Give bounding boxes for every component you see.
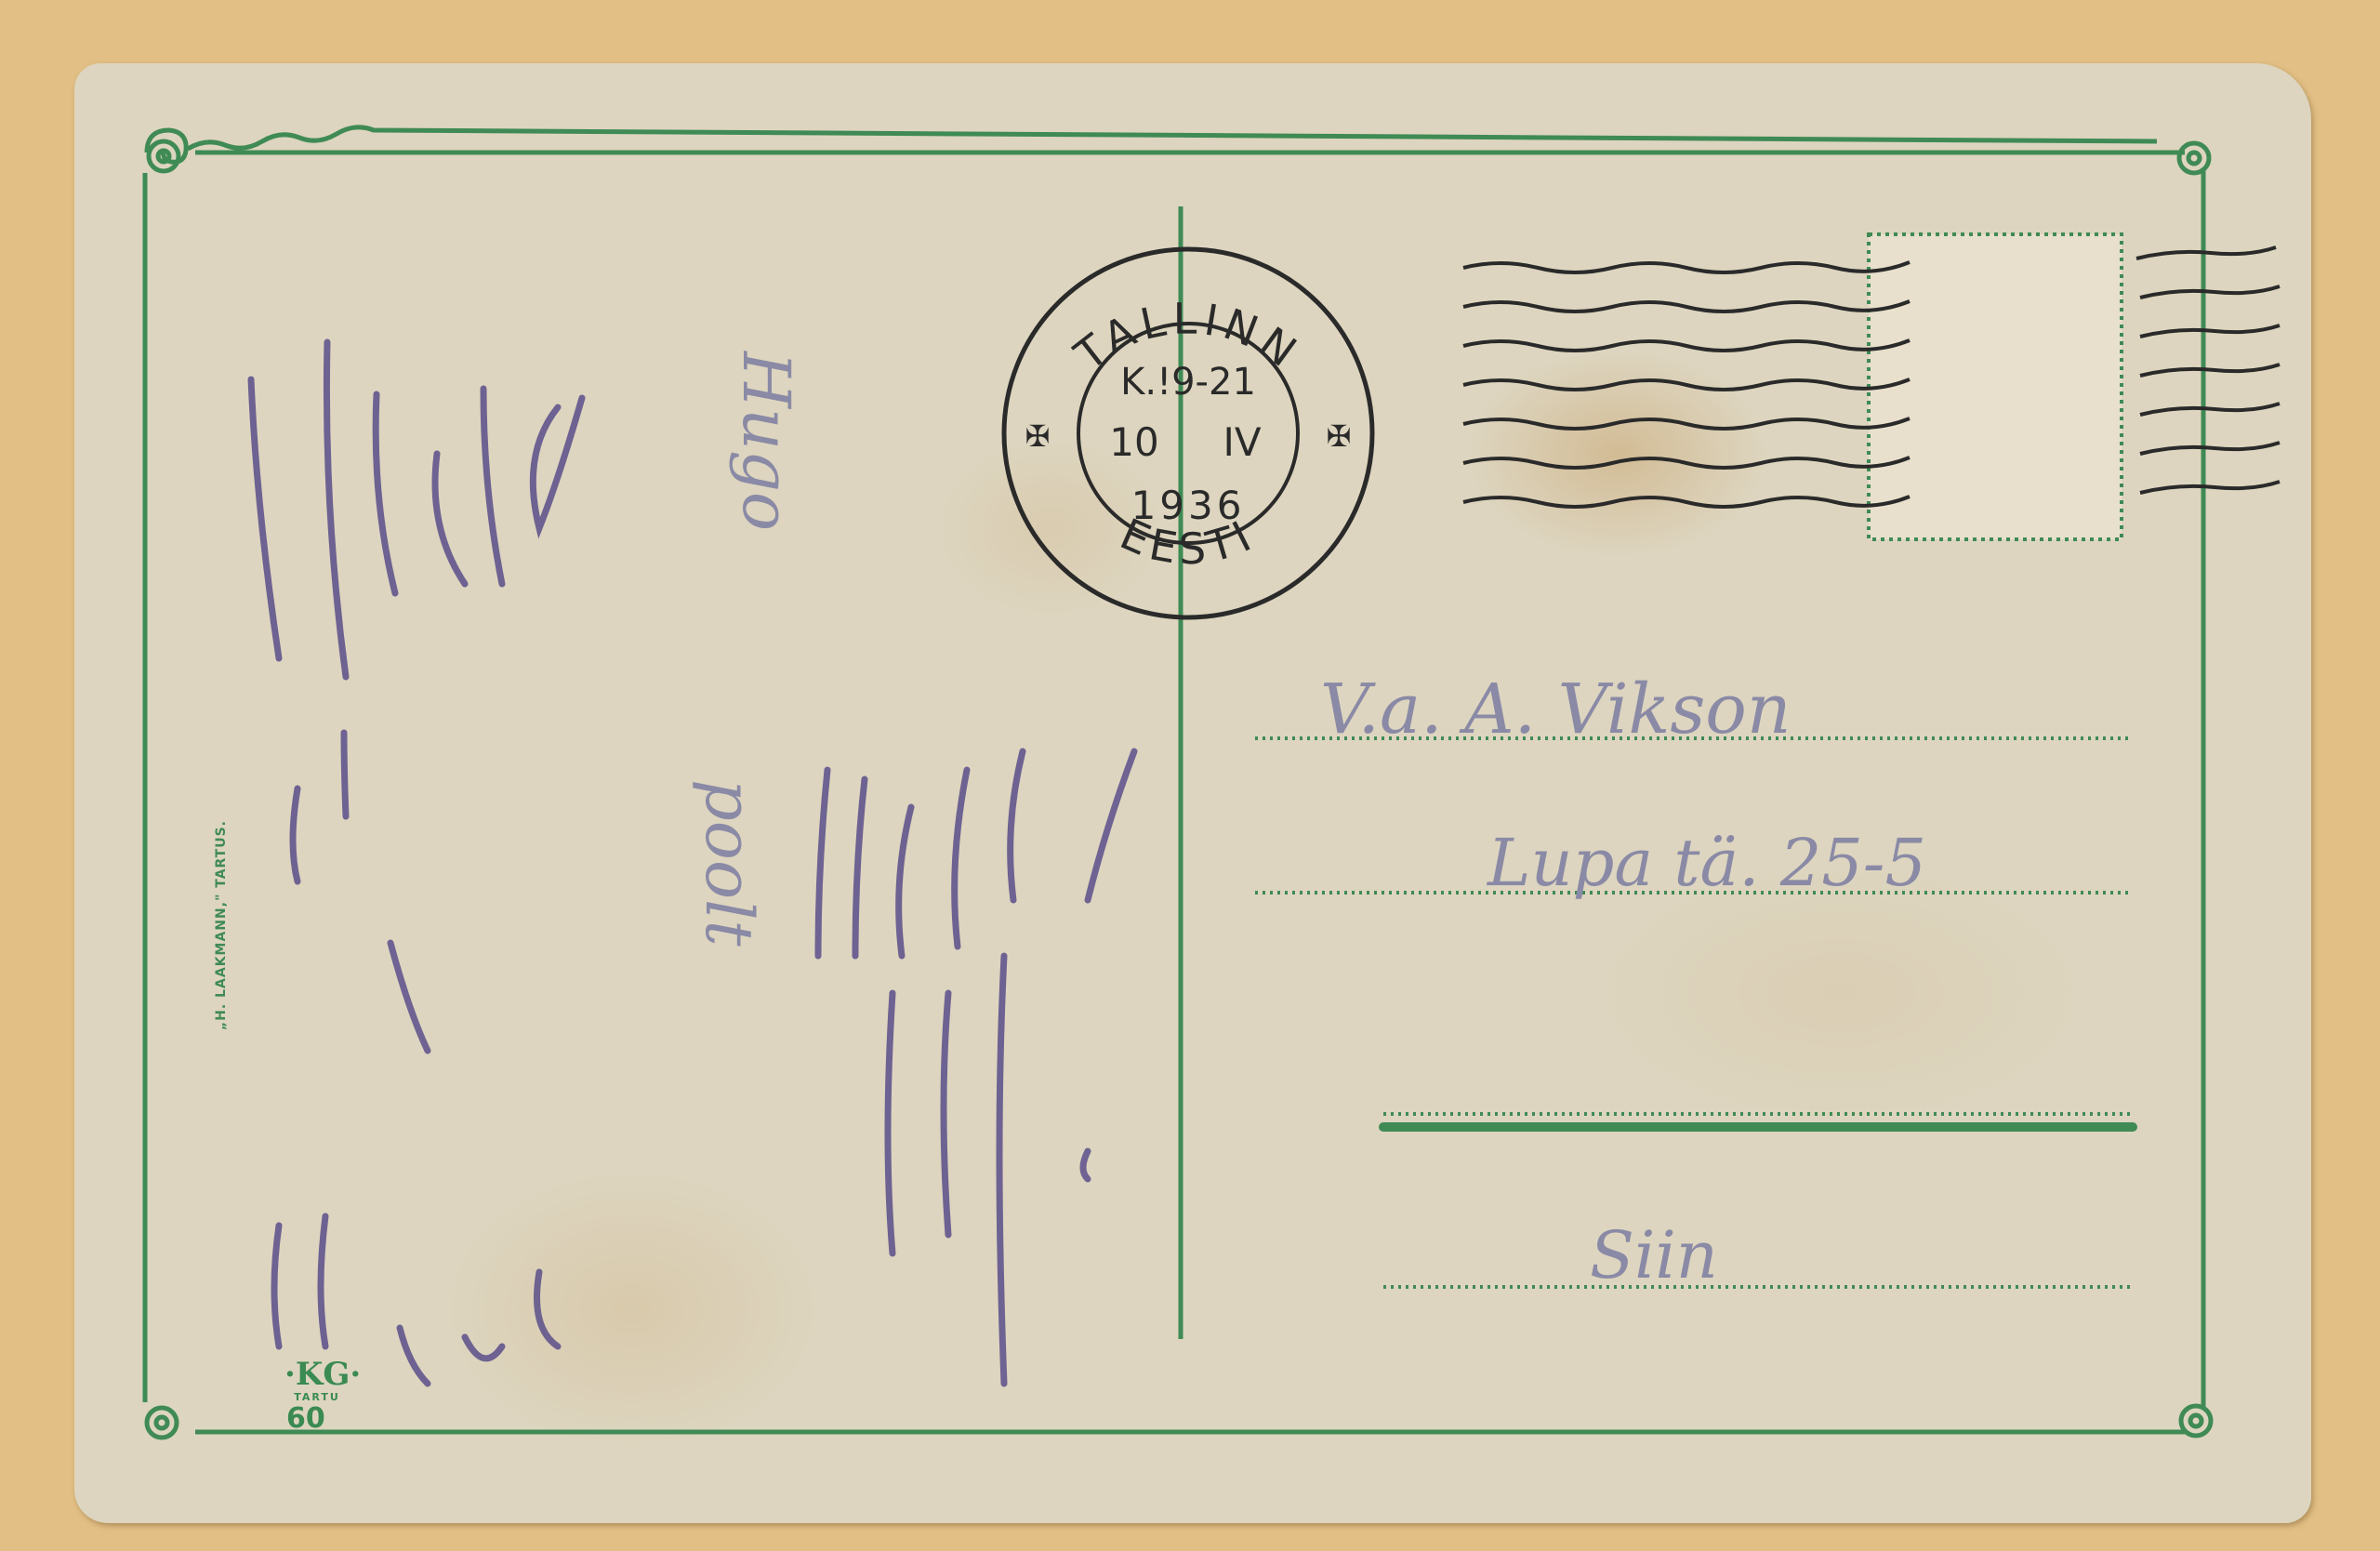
printer-imprint: „H. LAAKMANN," TARTUS.	[214, 820, 229, 1030]
stamp-box	[1869, 234, 2122, 539]
pencil-text-hugo: Hugo	[728, 350, 804, 531]
pencil-text-poolt: poolt	[691, 779, 767, 947]
series-number: 60	[286, 1403, 350, 1435]
publisher-logo: ·KG·	[284, 1358, 350, 1391]
postmark-month: IV	[1223, 419, 1261, 465]
publisher-mark: ·KG· TARTU 60	[284, 1358, 350, 1435]
postmark: TALLINN EESTI K.!9-21 10 IV 1936 ✠ ✠	[1004, 249, 1372, 617]
postmark-day: 10	[1109, 419, 1158, 465]
address-lines	[1255, 738, 2133, 1287]
cross-ornament-icon: ✠	[1327, 418, 1352, 454]
postcard: TALLINN EESTI K.!9-21 10 IV 1936 ✠ ✠ V.a…	[74, 63, 2311, 1523]
cross-ornament-icon: ✠	[1025, 418, 1051, 454]
postcard-print-layer: TALLINN EESTI K.!9-21 10 IV 1936 ✠ ✠ V.a…	[74, 63, 2311, 1523]
postmark-year: 1936	[1131, 483, 1246, 528]
address-line-1: V.a. A. Vikson	[1320, 669, 1792, 749]
address-line-4: Siin	[1590, 1217, 1718, 1293]
address-line-2: Lupa tä. 25-5	[1486, 825, 1926, 901]
postmark-time: K.!9-21	[1120, 361, 1256, 404]
